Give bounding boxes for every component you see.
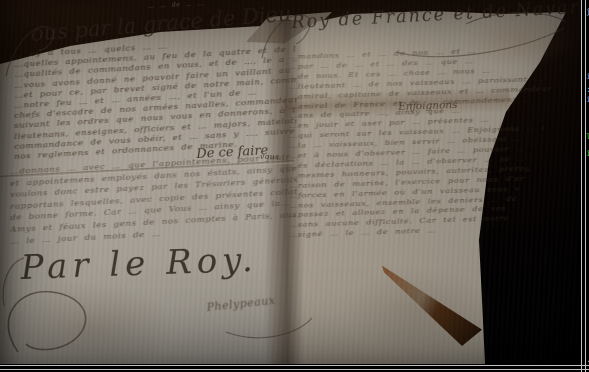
screenshot-stage: … … de … … ous par la grace de Dieu Roy … xyxy=(0,0,589,372)
manuscript-photo: … … de … … ous par la grace de Dieu Roy … xyxy=(0,0,581,364)
window-border-bottom-inner xyxy=(0,365,589,366)
window-border-bottom-outer xyxy=(0,369,589,370)
window-border-right-inner xyxy=(581,0,582,372)
photo-vignette xyxy=(0,0,581,364)
